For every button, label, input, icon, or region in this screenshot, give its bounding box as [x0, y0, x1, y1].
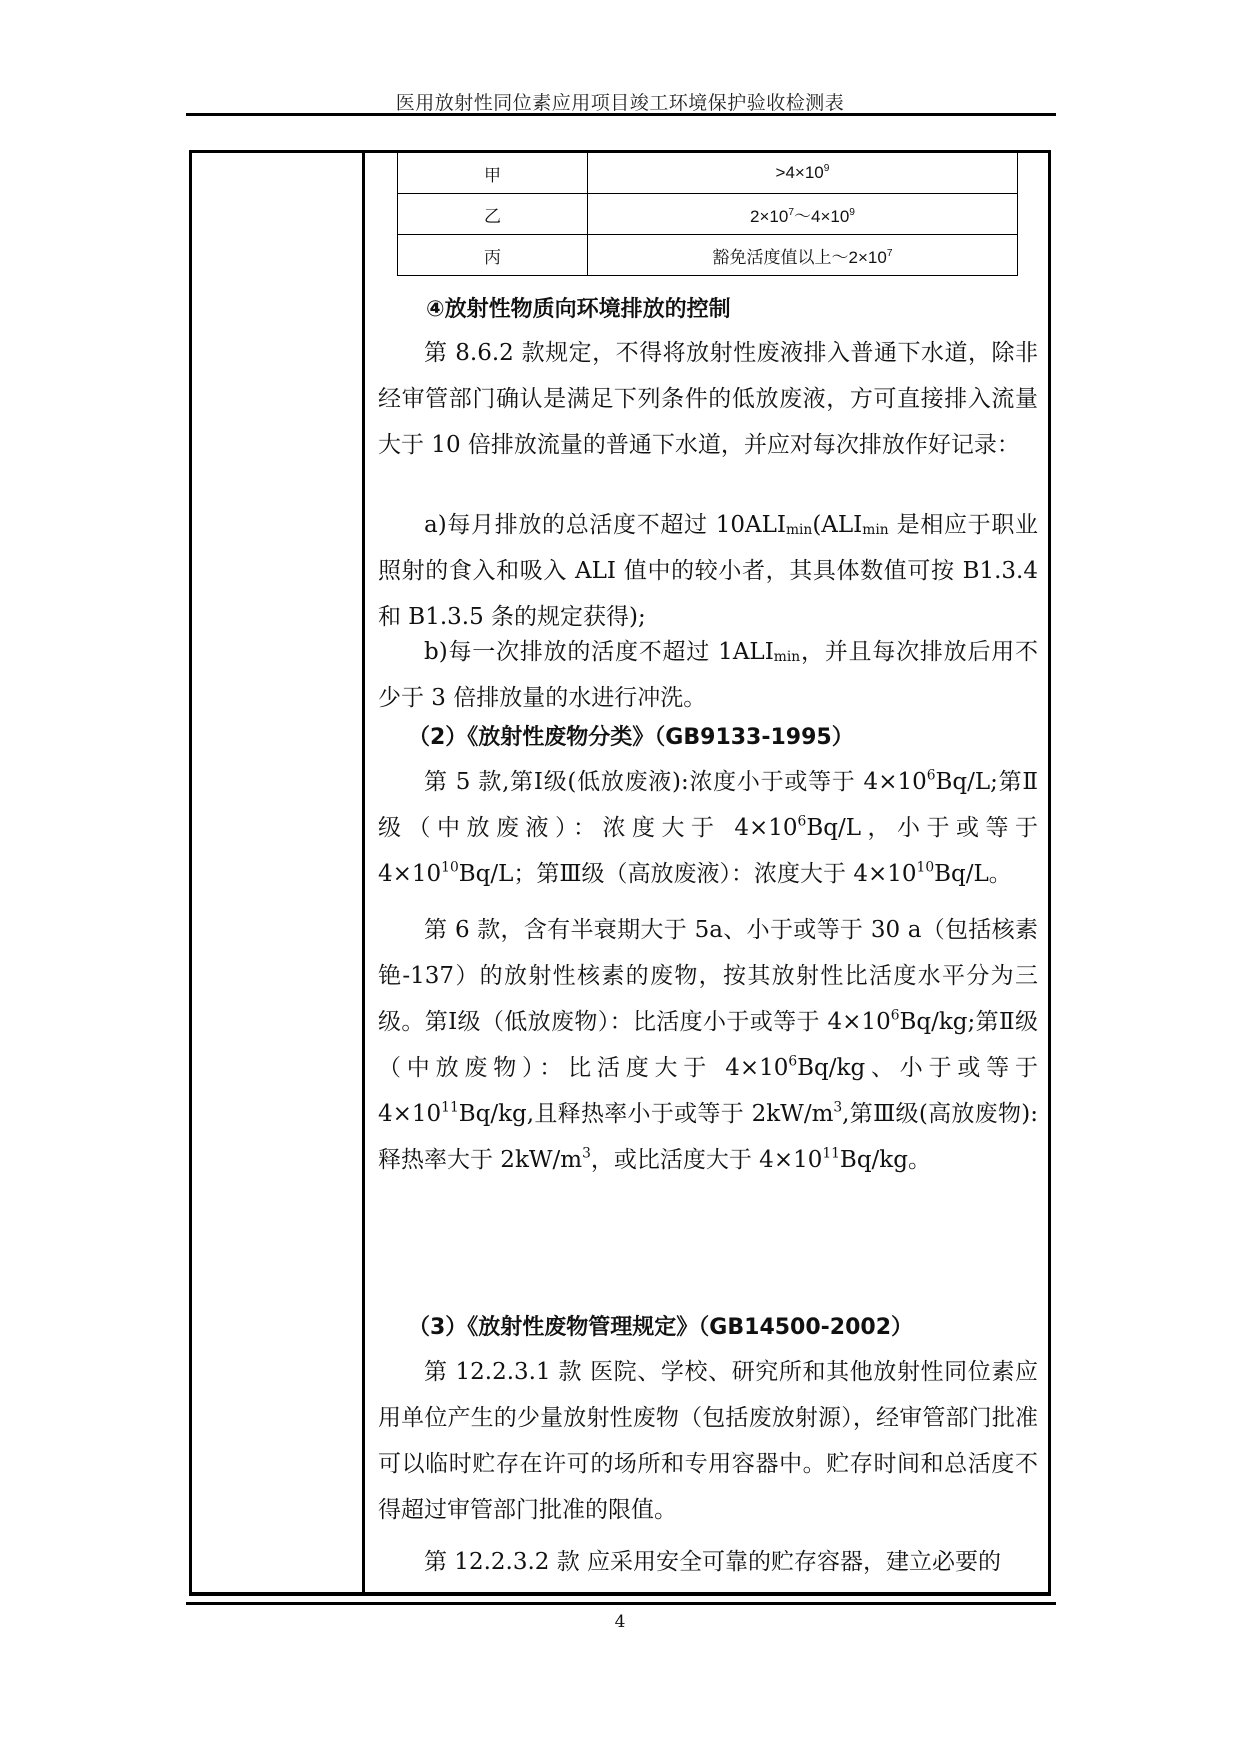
table-row: 乙 2×107～4×109: [398, 194, 1018, 235]
paragraph-clause-8-6-2: 第 8.6.2 款规定，不得将放射性废液排入普通下水道，除非经审管部门确认是满足…: [378, 330, 1038, 468]
section-heading-discharge-control: ④放射性物质向环境排放的控制: [378, 287, 1086, 333]
paragraph-gb14500-clause-12-2-3-2: 第 12.2.3.2 款 应采用安全可靠的贮存容器，建立必要的: [378, 1539, 1038, 1585]
table-row: 甲 >4×109: [398, 153, 1018, 194]
paragraph-item-a: a)每月排放的总活度不超过 10ALImin(ALImin 是相应于职业照射的食…: [378, 502, 1038, 640]
footer-rule: [186, 1602, 1056, 1605]
section-heading-gb14500: （3）《放射性废物管理规定》（GB14500-2002）: [378, 1305, 1068, 1351]
paragraph-gb9133-clause6: 第 6 款，含有半衰期大于 5a、小于或等于 30 a（包括核素铯-137）的放…: [378, 907, 1038, 1183]
grade-cell: 乙: [398, 194, 588, 235]
page-number: 4: [0, 1612, 1240, 1632]
range-cell: 2×107～4×109: [588, 194, 1018, 235]
grade-cell: 甲: [398, 153, 588, 194]
section-heading-gb9133: （2）《放射性废物分类》（GB9133-1995）: [378, 715, 1068, 761]
header-rule: [186, 113, 1056, 116]
column-divider: [362, 150, 365, 1596]
paragraph-gb14500-clause-12-2-3-1: 第 12.2.3.1 款 医院、学校、研究所和其他放射性同位素应用单位产生的少量…: [378, 1349, 1038, 1533]
workplace-grade-table: 甲 >4×109 乙 2×107～4×109 丙 豁免活度值以上～2×107: [397, 153, 1018, 276]
table-row: 丙 豁免活度值以上～2×107: [398, 235, 1018, 276]
page-header-title: 医用放射性同位素应用项目竣工环境保护验收检测表: [0, 88, 1240, 115]
range-cell: >4×109: [588, 153, 1018, 194]
paragraph-item-b: b)每一次排放的活度不超过 1ALImin，并且每次排放后用不少于 3 倍排放量…: [378, 629, 1038, 721]
grade-cell: 丙: [398, 235, 588, 276]
paragraph-gb9133-clause5: 第 5 款,第Ⅰ级(低放废液):浓度小于或等于 4×106Bq/L;第Ⅱ级（中放…: [378, 759, 1038, 897]
range-cell: 豁免活度值以上～2×107: [588, 235, 1018, 276]
